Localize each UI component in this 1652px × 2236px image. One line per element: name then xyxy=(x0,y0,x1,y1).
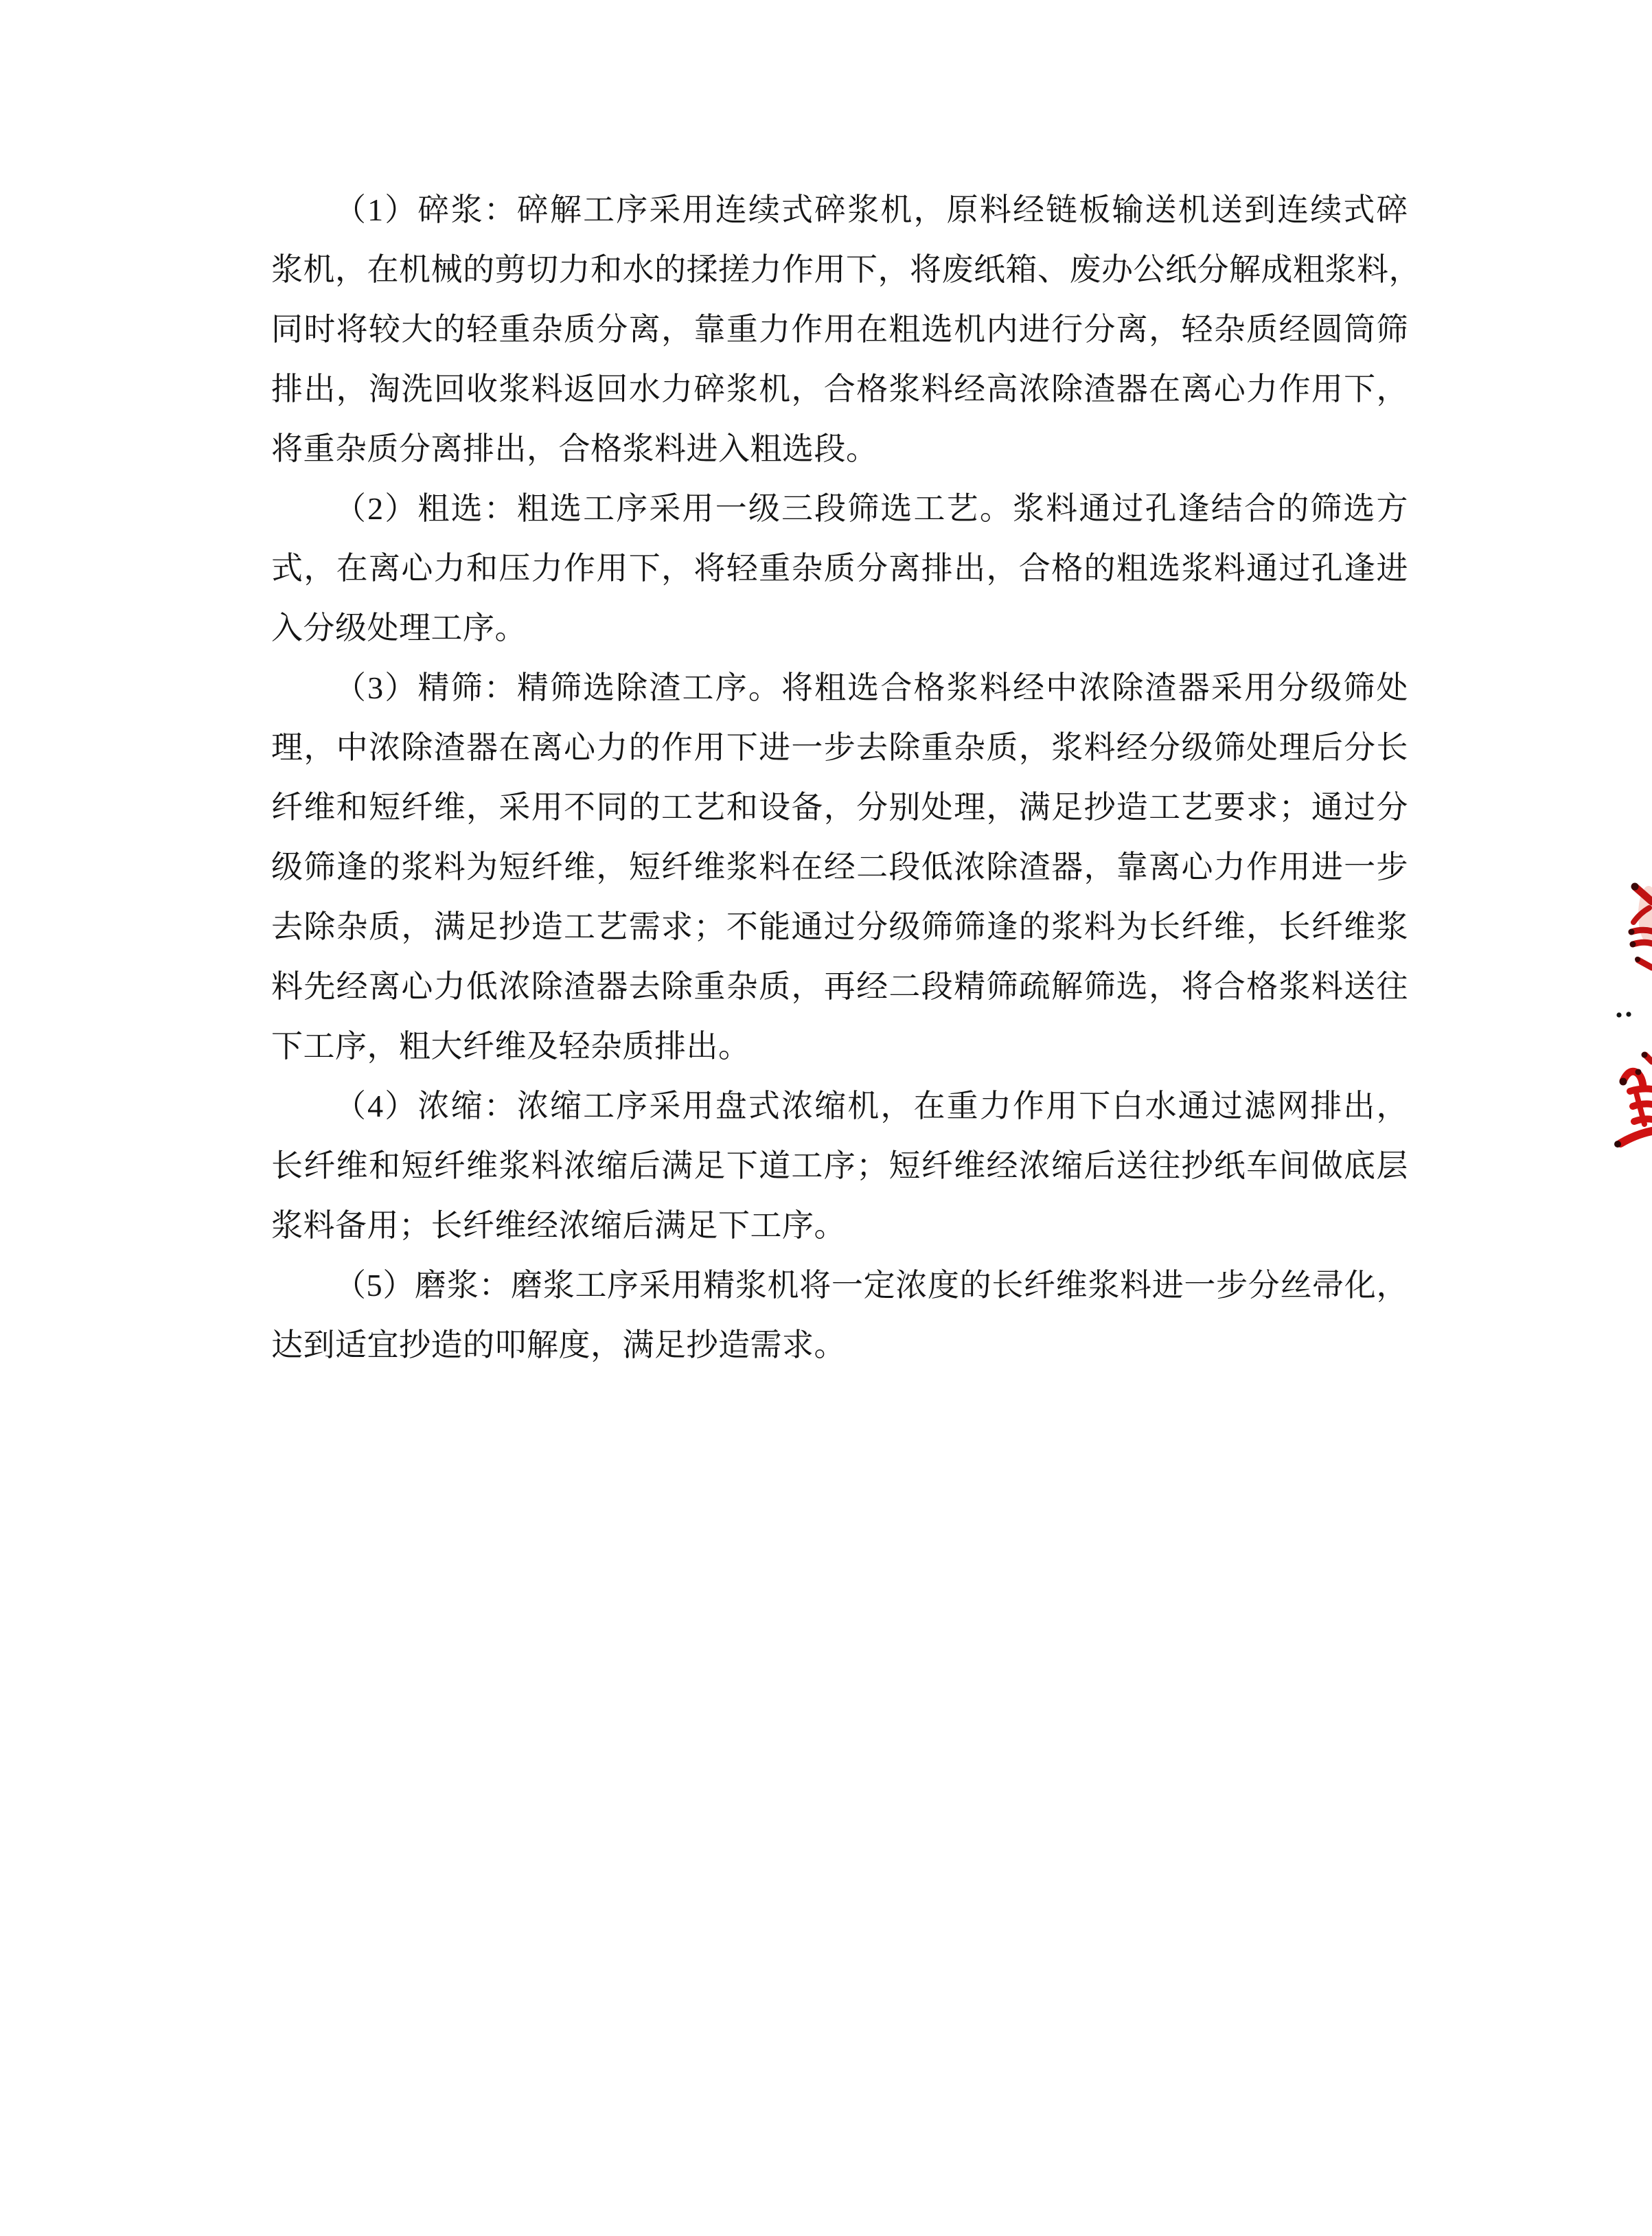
text-line: 长纤维和短纤维浆料浓缩后满足下道工序；短纤维经浓缩后送往抄纸车间做底层 xyxy=(271,1136,1408,1196)
text-line: 去除杂质，满足抄造工艺需求；不能通过分级筛筛逢的浆料为长纤维，长纤维浆 xyxy=(271,897,1408,957)
text-line: （4）浓缩：浓缩工序采用盘式浓缩机，在重力作用下白水通过滤网排出， xyxy=(271,1076,1408,1136)
body-text: （1）碎浆：碎解工序采用连续式碎浆机，原料经链板输送机送到连续式碎浆机，在机械的… xyxy=(271,180,1408,1375)
seal-fragment-bottom xyxy=(1614,1052,1652,1148)
text-line: （2）粗选：粗选工序采用一级三段筛选工艺。浆料通过孔逢结合的筛选方 xyxy=(271,479,1408,538)
text-line: 达到适宜抄造的叩解度，满足抄造需求。 xyxy=(271,1315,1408,1375)
text-line: 式，在离心力和压力作用下，将轻重杂质分离排出，合格的粗选浆料通过孔逢进 xyxy=(271,538,1408,598)
text-line: 入分级处理工序。 xyxy=(271,598,1408,658)
document-page: （1）碎浆：碎解工序采用连续式碎浆机，原料经链板输送机送到连续式碎浆机，在机械的… xyxy=(0,0,1652,2236)
text-line: 浆料备用；长纤维经浓缩后满足下工序。 xyxy=(271,1196,1408,1255)
text-line: 级筛逢的浆料为短纤维，短纤维浆料在经二段低浓除渣器，靠离心力作用进一步 xyxy=(271,837,1408,897)
text-line: 排出，淘洗回收浆料返回水力碎浆机，合格浆料经高浓除渣器在离心力作用下， xyxy=(271,359,1408,419)
text-line: 将重杂质分离排出，合格浆料进入粗选段。 xyxy=(271,419,1408,479)
text-line: 理，中浓除渣器在离心力的作用下进一步去除重杂质，浆料经分级筛处理后分长 xyxy=(271,718,1408,777)
text-line: 下工序，粗大纤维及轻杂质排出。 xyxy=(271,1016,1408,1076)
text-line: 浆机，在机械的剪切力和水的揉搓力作用下，将废纸箱、废办公纸分解成粗浆料， xyxy=(271,240,1408,299)
text-line: 同时将较大的轻重杂质分离，靠重力作用在粗选机内进行分离，轻杂质经圆筒筛 xyxy=(271,299,1408,359)
text-line: （5）磨浆：磨浆工序采用精浆机将一定浓度的长纤维浆料进一步分丝帚化， xyxy=(271,1255,1408,1315)
text-line: 纤维和短纤维，采用不同的工艺和设备，分别处理，满足抄造工艺要求；通过分 xyxy=(271,777,1408,837)
text-line: （1）碎浆：碎解工序采用连续式碎浆机，原料经链板输送机送到连续式碎 xyxy=(271,180,1408,240)
text-line: 料先经离心力低浓除渣器去除重杂质，再经二段精筛疏解筛选，将合格浆料送往 xyxy=(271,957,1408,1016)
red-seal-fragment xyxy=(1607,865,1652,1161)
ink-dots xyxy=(1616,1012,1631,1017)
text-line: （3）精筛：精筛选除渣工序。将粗选合格浆料经中浓除渣器采用分级筛处 xyxy=(271,658,1408,718)
seal-fragment-top xyxy=(1629,883,1652,968)
